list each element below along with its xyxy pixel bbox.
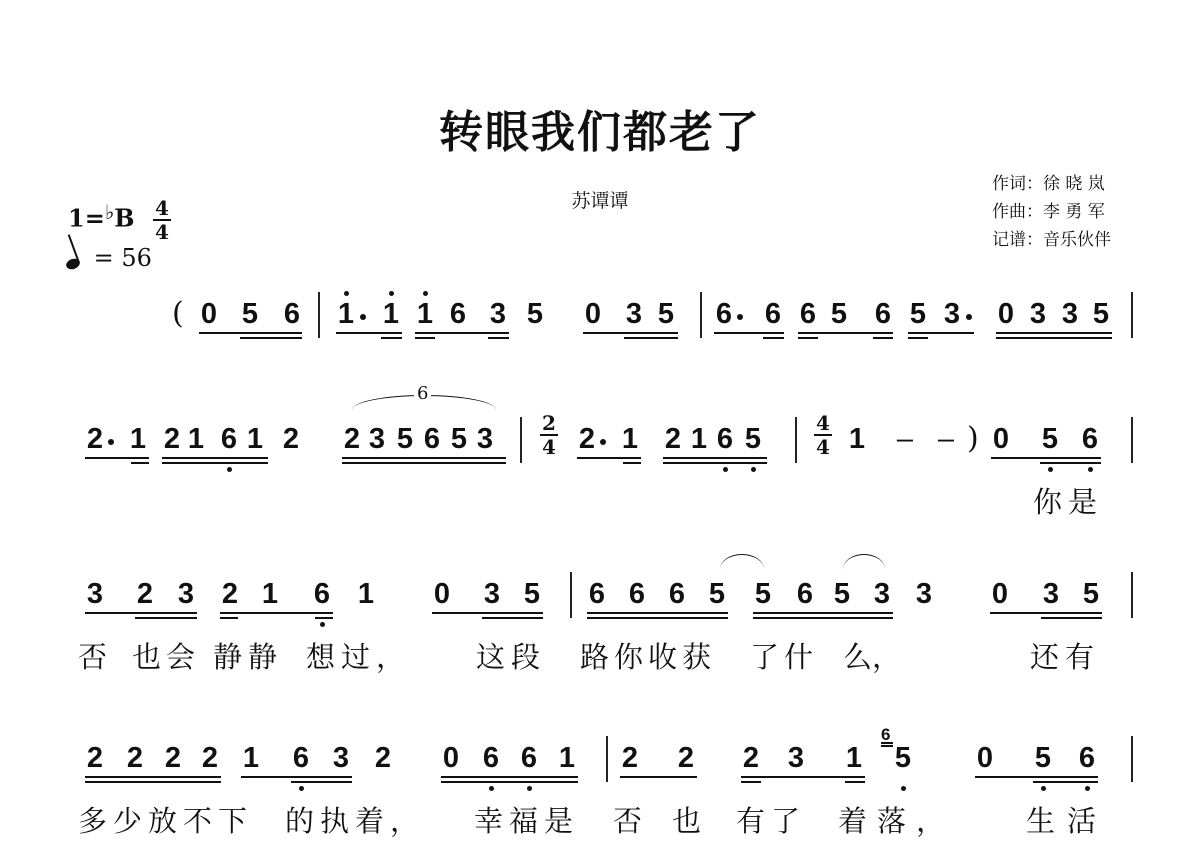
key-prefix: 1= [68,204,105,233]
underline [798,332,893,334]
underline [798,337,818,339]
note: 6 [480,742,502,774]
underline [135,617,197,619]
note: 3 [366,423,388,455]
underline [415,332,509,334]
augmentation-dot [360,314,366,320]
note: 6 [1079,423,1101,455]
lyric: 也会 [132,640,200,674]
underline [85,781,221,783]
ts-bottom: 4 [814,437,832,457]
lyric: 的执着， [285,804,425,838]
song-title: 转眼我们都老了 [0,96,1200,160]
underline [908,332,974,334]
tempo-value: = 56 [94,244,152,272]
key-signature: 1=♭B 4 4 [68,198,171,242]
note: 1 [843,742,865,774]
note: 2 [619,742,641,774]
underline [996,337,1112,339]
underline [908,337,928,339]
note: 6 [290,742,312,774]
tie-arc [843,554,885,569]
barline [318,292,320,338]
lyric: 有了 [736,804,806,838]
underline [131,462,149,464]
underline [488,337,509,339]
note: 5 [828,298,850,330]
note: 5 [394,423,416,455]
note: 2 [84,423,106,455]
note: 3 [487,298,509,330]
underline [624,337,678,339]
underline [1041,617,1102,619]
note: 3 [474,423,496,455]
underline [336,332,402,334]
note: 5 [1039,423,1061,455]
note: 0 [995,298,1017,330]
tempo-marking: = 56 [66,244,152,272]
note: 5 [706,578,728,610]
underline [663,457,767,459]
underline [241,776,352,778]
underline [432,612,543,614]
composer-credit: 作曲：李 勇 军 [992,198,1111,226]
barline [795,417,797,463]
note: 1 [127,423,149,455]
ts-top: 2 [540,413,558,433]
note: 5 [239,298,261,330]
lyric: 还有 [1030,640,1100,674]
underline [753,612,893,614]
underline [482,617,543,619]
note: 2 [341,423,363,455]
underline [220,617,238,619]
augmentation-dot [737,314,743,320]
underline [85,457,149,459]
note: 1 [414,298,436,330]
note: 3 [1059,298,1081,330]
underline [741,781,761,783]
note: 5 [831,578,853,610]
note: 1 [688,423,710,455]
underline [1033,781,1098,783]
underline [991,457,1101,459]
note: 6 [666,578,688,610]
note: 2 [162,742,184,774]
note: 0 [989,578,1011,610]
key-note: B [114,204,134,233]
note: 2 [124,742,146,774]
lyric: 生活 [1026,804,1108,838]
note: 6 [626,578,648,610]
ts-top: 4 [153,198,171,218]
note: 3 [1040,578,1062,610]
note: 6 [311,578,333,610]
note: 6 [218,423,240,455]
note: 1 [380,298,402,330]
note: 3 [481,578,503,610]
lyric: 否 [78,640,107,674]
ts-top: 4 [814,413,832,433]
note: 1 [846,423,868,455]
underline [85,776,221,778]
note: 2 [372,742,394,774]
lyric: 静静 [213,640,283,674]
note: 6 [794,578,816,610]
note: 5 [524,298,546,330]
underline [753,617,893,619]
note: 5 [1032,742,1054,774]
time-signature-change: 2 4 [540,413,558,457]
barline [1131,417,1133,463]
underline [741,776,865,778]
note: 2 [576,423,598,455]
note: 3 [785,742,807,774]
barline [520,417,522,463]
underline [1040,462,1101,464]
underline [620,776,697,778]
underline [663,462,767,464]
note: 5 [521,578,543,610]
note: 3 [623,298,645,330]
augmentation-dot [108,439,114,445]
note: 5 [752,578,774,610]
underline [162,457,268,459]
note: 3 [84,578,106,610]
barline [1131,292,1133,338]
note: 3 [871,578,893,610]
quarter-note-icon [65,257,82,271]
note: 6 [714,423,736,455]
underline [342,462,506,464]
underline [990,612,1102,614]
underline [577,457,641,459]
note: 2 [219,578,241,610]
note: 0 [440,742,462,774]
underline [199,332,302,334]
note: 2 [84,742,106,774]
note: 6 [872,298,894,330]
dash: – [894,423,916,455]
note: 1 [556,742,578,774]
note: 3 [941,298,963,330]
note: 5 [1090,298,1112,330]
barline [1131,572,1133,618]
note: 6 [586,578,608,610]
lyric: 你是 [1033,485,1103,519]
underline [996,332,1112,334]
note: 6 [797,298,819,330]
underline [763,337,784,339]
underline [583,332,678,334]
note: 1 [355,578,377,610]
note: 2 [280,423,302,455]
note: 6 [1076,742,1098,774]
lyric: 了什 [750,640,818,674]
transcriber-credit: 记谱：音乐伙伴 [992,226,1111,254]
underline [315,617,333,619]
barline [570,572,572,618]
lyric: 想过， [306,640,411,674]
paren-open: ( [172,298,184,330]
note: 6 [421,423,443,455]
underline [342,457,506,459]
credits: 作词：徐 晓 岚 作曲：李 勇 军 记谱：音乐伙伴 [992,170,1111,254]
lyric: 幸福是 [474,804,579,838]
note: 0 [582,298,604,330]
underline [85,612,197,614]
underline [587,617,728,619]
note: 6 [762,298,784,330]
underline [441,776,578,778]
note: 5 [742,423,764,455]
note: 2 [199,742,221,774]
note: 6 [518,742,540,774]
underline [381,337,402,339]
lyric: 路你收获 [580,640,716,674]
note: 1 [335,298,357,330]
underline [415,337,435,339]
note: 2 [675,742,697,774]
lyricist-credit: 作词：徐 晓 岚 [992,170,1111,198]
lyric: 着落， [838,804,955,838]
note: 3 [1027,298,1049,330]
note: 0 [198,298,220,330]
note: 5 [655,298,677,330]
tie-arc [720,554,764,569]
note: 3 [913,578,935,610]
time-signature-change: 4 4 [814,413,832,457]
ts-bottom: 4 [153,222,171,242]
barline [1131,736,1133,782]
note: 2 [662,423,684,455]
underline [975,776,1098,778]
dash: – [935,423,957,455]
note: 2 [134,578,156,610]
underline [873,337,893,339]
note: 1 [185,423,207,455]
augmentation-dot [966,314,972,320]
note: 0 [990,423,1012,455]
underline [714,332,784,334]
lyric: 否 [613,804,642,838]
barline [606,736,608,782]
grace-note: 6 [881,726,890,743]
time-signature: 4 4 [153,198,171,242]
note: 1 [259,578,281,610]
lyric: 么， [843,640,901,674]
note: 6 [713,298,735,330]
tuplet-number: 6 [414,383,431,404]
lyric: 多少放不下 [78,804,253,838]
underline [623,462,641,464]
note: 2 [161,423,183,455]
paren-close: ) [967,423,979,455]
lyric: 这段 [476,640,546,674]
note: 3 [175,578,197,610]
note: 6 [447,298,469,330]
note: 0 [974,742,996,774]
note: 3 [330,742,352,774]
flat-icon: ♭ [105,200,114,224]
underline [162,462,268,464]
note: 0 [431,578,453,610]
underline [220,612,333,614]
underline [441,781,578,783]
note: 5 [1080,578,1102,610]
note: 1 [244,423,266,455]
note: 1 [619,423,641,455]
note: 1 [240,742,262,774]
underline [845,781,865,783]
underline [291,781,352,783]
underline [587,612,728,614]
note: 5 [892,742,914,774]
augmentation-dot [600,439,606,445]
lyric: 也 [672,804,701,838]
underline [240,337,302,339]
note: 5 [448,423,470,455]
note: 2 [740,742,762,774]
note: 5 [907,298,929,330]
ts-bottom: 4 [540,437,558,457]
note: 6 [281,298,303,330]
barline [700,292,702,338]
